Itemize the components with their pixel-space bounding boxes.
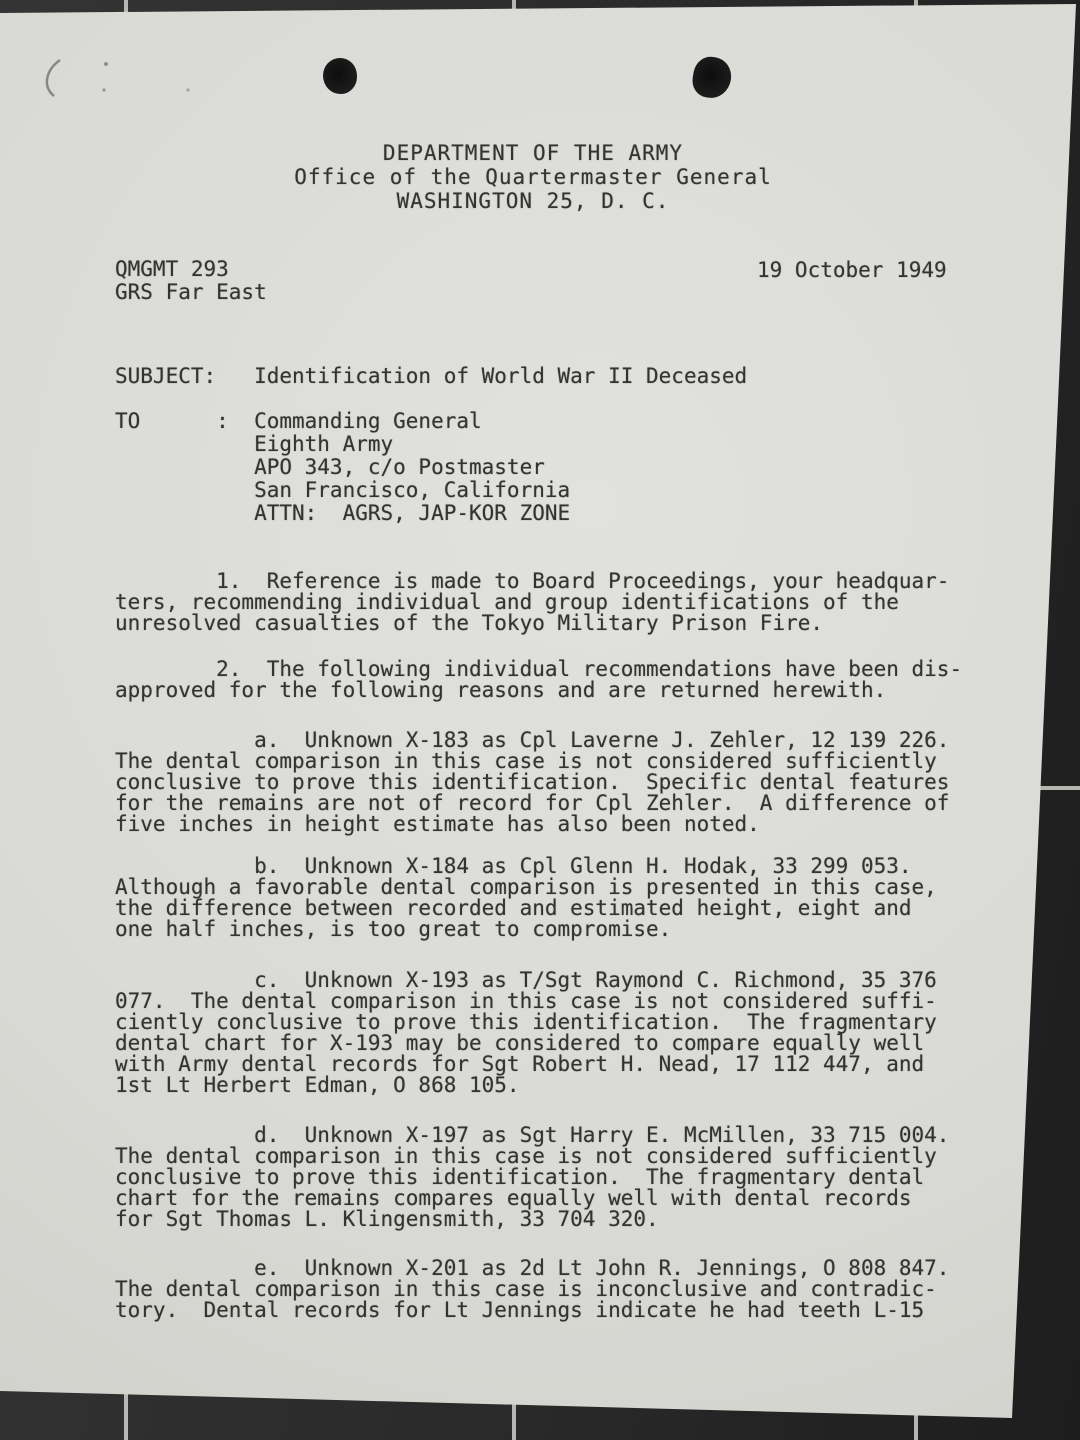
date-line: 19 October 1949 — [757, 260, 947, 281]
file-reference: QMGMT 293 GRS Far East — [115, 258, 267, 304]
paragraph-2c: c. Unknown X-193 as T/Sgt Raymond C. Ric… — [115, 970, 937, 1096]
punch-hole-right — [690, 54, 734, 100]
paragraph-2: 2. The following individual recommendati… — [115, 659, 962, 701]
paragraph-2d: d. Unknown X-197 as Sgt Harry E. McMille… — [115, 1125, 949, 1230]
letterhead-office: Office of the Quartermaster General — [0, 165, 1066, 189]
letterhead: DEPARTMENT OF THE ARMY Office of the Qua… — [0, 141, 1066, 213]
photo-background: DEPARTMENT OF THE ARMY Office of the Qua… — [0, 0, 1080, 1440]
subject-line: SUBJECT: Identification of World War II … — [115, 366, 747, 387]
paragraph-1: 1. Reference is made to Board Proceeding… — [115, 571, 949, 634]
letterhead-city: WASHINGTON 25, D. C. — [0, 189, 1066, 213]
document-page: DEPARTMENT OF THE ARMY Office of the Qua… — [0, 0, 1080, 1440]
pen-mark — [18, 38, 228, 128]
punch-hole-left — [323, 58, 357, 94]
letterhead-department: DEPARTMENT OF THE ARMY — [0, 141, 1066, 165]
address-block: TO : Commanding General Eighth Army APO … — [115, 410, 570, 525]
paragraph-2a: a. Unknown X-183 as Cpl Laverne J. Zehle… — [115, 730, 949, 835]
paragraph-2b: b. Unknown X-184 as Cpl Glenn H. Hodak, … — [115, 856, 937, 940]
paragraph-2e: e. Unknown X-201 as 2d Lt John R. Jennin… — [115, 1258, 949, 1321]
